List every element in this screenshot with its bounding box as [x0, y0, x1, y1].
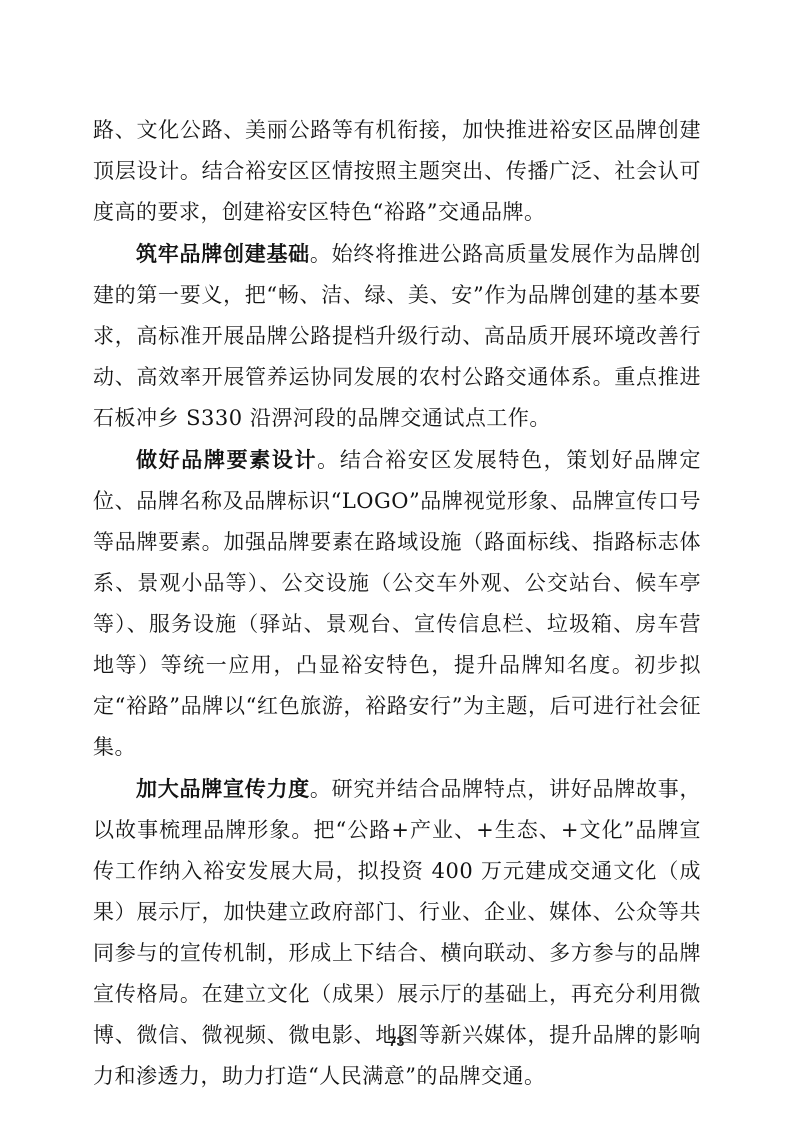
page-footer: 73: [0, 1031, 793, 1050]
paragraph-heading-bold: 加大品牌宣传力度: [136, 776, 310, 801]
paragraph-text: 路、文化公路、美丽公路等有机衔接，加快推进裕安区品牌创建顶层设计。结合裕安区区情…: [93, 118, 701, 224]
paragraph: 做好品牌要素设计。结合裕安区发展特色，策划好品牌定位、品牌名称及品牌标识“LOG…: [93, 439, 701, 768]
paragraph: 筑牢品牌创建基础。始终将推进公路高质量发展作为品牌创建的第一要义，把“畅、洁、绿…: [93, 233, 701, 439]
paragraph-text: 。结合裕安区发展特色，策划好品牌定位、品牌名称及品牌标识“LOGO”品牌视觉形象…: [93, 448, 701, 759]
paragraph-heading-bold: 做好品牌要素设计: [136, 447, 317, 472]
paragraph-text: 。始终将推进公路高质量发展作为品牌创建的第一要义，把“畅、洁、绿、美、安”作为品…: [93, 242, 701, 430]
document-page: 路、文化公路、美丽公路等有机衔接，加快推进裕安区品牌创建顶层设计。结合裕安区区情…: [0, 0, 793, 1122]
paragraph: 路、文化公路、美丽公路等有机衔接，加快推进裕安区品牌创建顶层设计。结合裕安区区情…: [93, 110, 701, 233]
page-number: 73: [389, 1033, 405, 1049]
paragraph-heading-bold: 筑牢品牌创建基础: [136, 241, 310, 266]
document-body: 路、文化公路、美丽公路等有机衔接，加快推进裕安区品牌创建顶层设计。结合裕安区区情…: [93, 110, 701, 1097]
